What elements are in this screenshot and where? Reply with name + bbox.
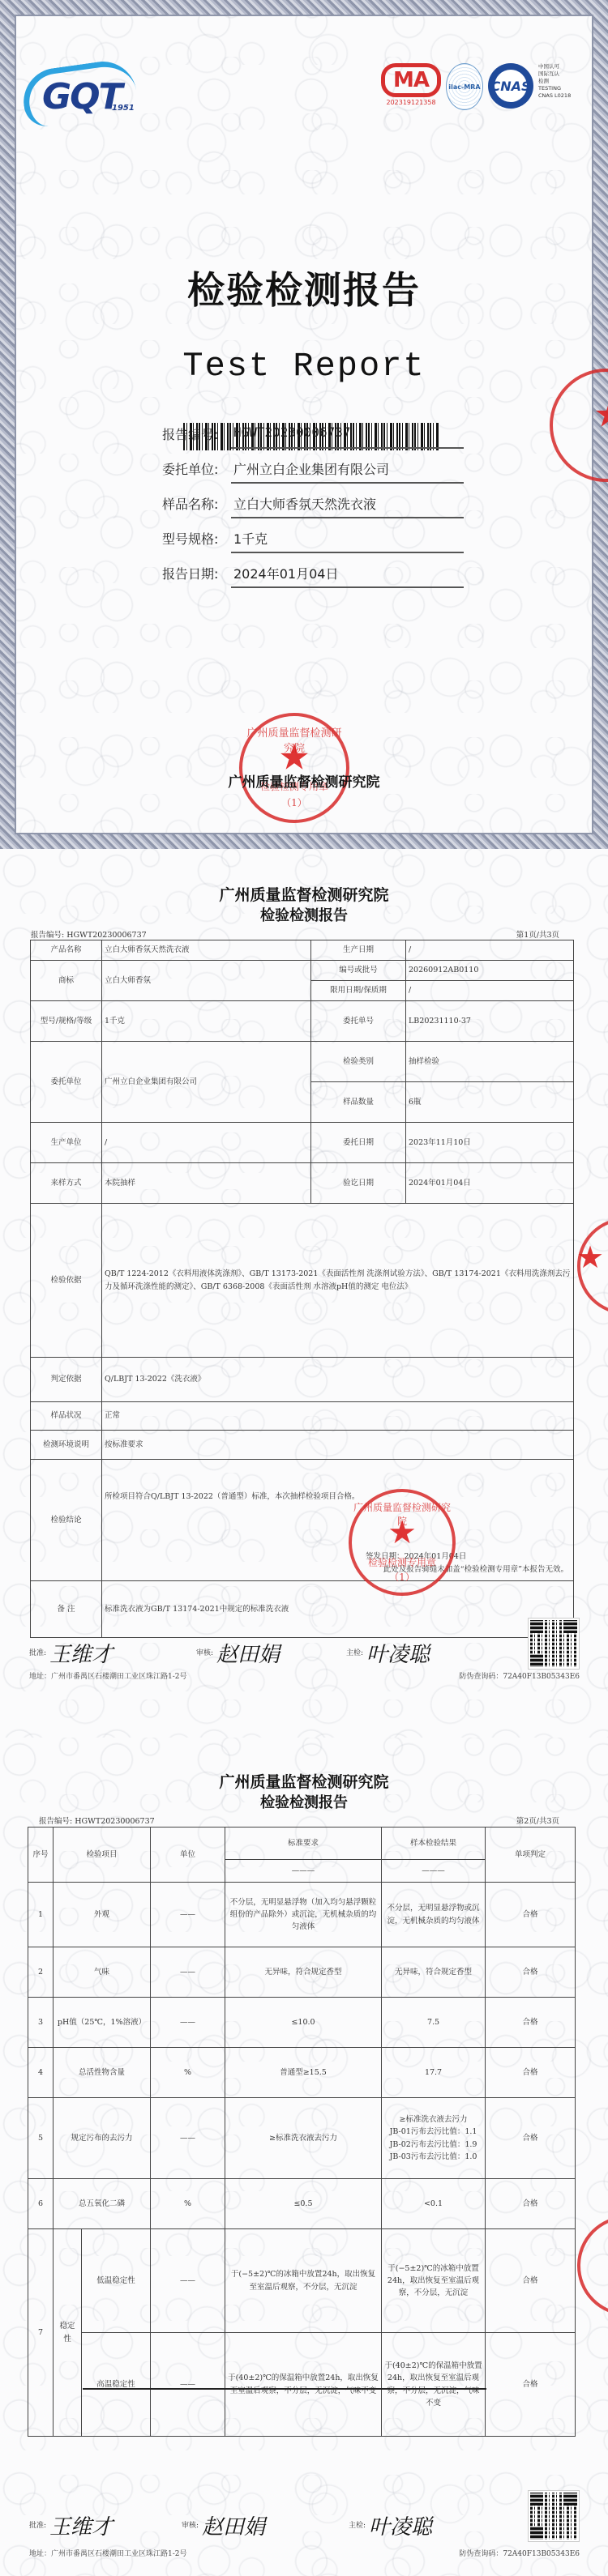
cell-group: 稳定性 bbox=[54, 2229, 82, 2437]
table-row: 5规定污布的去污力——≥标准洗衣液去污力≥标准洗衣液去污力 JB-01污布去污比… bbox=[28, 2098, 576, 2179]
table-row: 7稳定性低温稳定性——于(−5±2)℃的冰箱中放置24h，取出恢复至室温后观察，… bbox=[28, 2229, 576, 2333]
field-label: 报告编号: bbox=[162, 424, 218, 443]
cell-result: 7.5 bbox=[382, 1998, 486, 2048]
signature-row: 批准:王维才 审核:赵田娟 主检:叶凌聪 bbox=[28, 2499, 587, 2548]
logo-year: 1951 bbox=[112, 104, 135, 113]
label-cell: 委托单位 bbox=[31, 1042, 102, 1123]
review-sig: 赵田娟 bbox=[202, 2515, 265, 2540]
field-sample-name: 样品名称: 立白大师香氛天然洗衣液 bbox=[162, 494, 486, 530]
cell-seq: 4 bbox=[28, 2048, 54, 2098]
inspect-label: 主检: bbox=[349, 2522, 366, 2530]
approver-signature: 批准:王维才 bbox=[29, 1638, 113, 1668]
cell-seq: 2 bbox=[28, 1947, 54, 1998]
official-seal: 广州质量监督检测研究院 ★ 检验检测专用章 （1） bbox=[239, 713, 349, 823]
label-cell: 检验结论 bbox=[31, 1460, 102, 1581]
cell-item: 总五氧化二磷 bbox=[54, 2179, 151, 2229]
inspect-label: 主检: bbox=[346, 1649, 363, 1657]
reviewer-signature: 审核:赵田娟 bbox=[182, 2510, 265, 2540]
cell-item: 气味 bbox=[54, 1947, 151, 1998]
seam-seal: ★ bbox=[550, 369, 608, 490]
seal-number: （1） bbox=[242, 795, 346, 809]
label-cell: 产品名称 bbox=[31, 940, 102, 961]
value-cell: 本院抽样 bbox=[102, 1163, 311, 1204]
page-org-title: 广州质量监督检测研究院 bbox=[0, 1770, 608, 1792]
cell-item: 高温稳定性 bbox=[82, 2333, 151, 2437]
cell-verdict: 合格 bbox=[486, 2098, 576, 2179]
approver-signature: 批准:王维才 bbox=[29, 2510, 113, 2540]
value-cell: 20260912AB0110 bbox=[406, 961, 574, 981]
cell-seq: 7 bbox=[28, 2229, 54, 2437]
cell-result: 不分层，无明显悬浮物或沉淀，无机械杂质的均匀液体 bbox=[382, 1883, 486, 1947]
page-report-title: 检验检测报告 bbox=[0, 1791, 608, 1812]
cell-unit: % bbox=[151, 2048, 225, 2098]
value-cell: 立白大师香氛天然洗衣液 bbox=[102, 940, 311, 961]
value-cell: QB/T 1224-2012《衣料用液体洗涤剂》、GB/T 13173-2021… bbox=[102, 1204, 574, 1358]
cell-result: 于(40±2)℃的保温箱中放置24h，取出恢复至室温后观察，不分层，无沉淀，气味… bbox=[382, 2333, 486, 2437]
cell-verdict: 合格 bbox=[486, 2048, 576, 2098]
cell-result: 无异味，符合规定香型 bbox=[382, 1947, 486, 1998]
result-rows: 1外观——不分层，无明显悬浮物（加入均匀悬浮颗粒组份的产品除外）或沉淀，无机械杂… bbox=[28, 1883, 576, 2437]
cell-result: 17.7 bbox=[382, 2048, 486, 2098]
label-cell: 来样方式 bbox=[31, 1163, 102, 1204]
cell-standard: 于(40±2)℃的保温箱中放置24h，取出恢复至室温后观察，不分层，无沉淀，气味… bbox=[225, 2333, 382, 2437]
approve-label: 批准: bbox=[29, 1649, 46, 1657]
report-number: 报告编号: HGWT20230006737 bbox=[39, 1815, 155, 1826]
cnas-icon: CNAS bbox=[488, 63, 533, 109]
cell-verdict: 合格 bbox=[486, 1883, 576, 1947]
qr-code bbox=[529, 2491, 579, 2541]
field-label: 报告日期: bbox=[162, 564, 218, 582]
inspect-sig: 叶凌聪 bbox=[366, 1643, 430, 1667]
page-org-title: 广州质量监督检测研究院 bbox=[0, 883, 608, 905]
cma-mark: MA 202319121358 bbox=[381, 63, 441, 106]
value-cell: 6瓶 bbox=[406, 1082, 574, 1123]
cnas-caption: 中国认可 国际互认 检测 TESTING CNAS L0218 bbox=[538, 63, 571, 100]
star-icon: ★ bbox=[387, 1514, 417, 1551]
value-cell: Q/LBJT 13-2022《洗衣液》 bbox=[102, 1358, 574, 1402]
cell-seq: 1 bbox=[28, 1883, 54, 1947]
anti-fake-code: 防伪查询码：72A40F13B05343E6 bbox=[459, 2548, 580, 2558]
label-cell: 检验依据 bbox=[31, 1204, 102, 1358]
cell-verdict: 合格 bbox=[486, 2229, 576, 2333]
label-cell: 编号或批号 bbox=[311, 961, 406, 981]
inspector-signature: 主检:叶凌聪 bbox=[349, 2510, 432, 2540]
cell-unit: —— bbox=[151, 1947, 225, 1998]
address: 地址：广州市番禺区石楼潮田工业区珠江路1-2号 bbox=[29, 1670, 187, 1681]
field-label: 委托单位: bbox=[162, 459, 218, 478]
field-value: 广州立白企业集团有限公司 bbox=[233, 459, 389, 478]
cell-verdict: 合格 bbox=[486, 1947, 576, 1998]
address: 地址：广州市番禺区石楼潮田工业区珠江路1-2号 bbox=[29, 2548, 187, 2558]
official-seal: 广州质量监督检测研究院 ★ 检验检测专用章 （1） bbox=[349, 1489, 456, 1596]
cell-item: 低温稳定性 bbox=[82, 2229, 151, 2333]
table-row: 2气味——无异味，符合规定香型无异味，符合规定香型合格 bbox=[28, 1947, 576, 1998]
header-seq: 序号 bbox=[28, 1828, 54, 1883]
value-cell: / bbox=[102, 1123, 311, 1163]
cma-text: MA bbox=[393, 68, 429, 92]
cell-unit: —— bbox=[151, 2229, 225, 2333]
cell-standard: 无异味，符合规定香型 bbox=[225, 1947, 382, 1998]
label-cell: 限用日期/保质期 bbox=[311, 981, 406, 1001]
header-item: 检验项目 bbox=[54, 1828, 151, 1883]
value-cell: 抽样检验 bbox=[406, 1042, 574, 1082]
approve-sig: 王维才 bbox=[49, 1643, 113, 1667]
cell-item: 总活性物含量 bbox=[54, 2048, 151, 2098]
value-cell: LB20231110-37 bbox=[406, 1001, 574, 1042]
cell-verdict: 合格 bbox=[486, 2333, 576, 2437]
cell-verdict: 合格 bbox=[486, 1998, 576, 2048]
cell-standard: 不分层，无明显悬浮物（加入均匀悬浮颗粒组份的产品除外）或沉淀，无机械杂质的均匀液… bbox=[225, 1883, 382, 1947]
cell-unit: % bbox=[151, 2179, 225, 2229]
cell-result: <0.1 bbox=[382, 2179, 486, 2229]
cell-item: pH值（25℃，1%溶液） bbox=[54, 1998, 151, 2048]
cell-standard: 普通型≥15.5 bbox=[225, 2048, 382, 2098]
review-label: 审核: bbox=[182, 2522, 199, 2530]
cover-subtitle: Test Report bbox=[0, 347, 608, 386]
value-cell: 1千克 bbox=[102, 1001, 311, 1042]
label-cell: 委托单号 bbox=[311, 1001, 406, 1042]
table-row: 6总五氧化二磷%≤0.5<0.1合格 bbox=[28, 2179, 576, 2229]
label-cell: 生产日期 bbox=[311, 940, 406, 961]
label-cell: 商标 bbox=[31, 961, 102, 1001]
inspector-signature: 主检:叶凌聪 bbox=[346, 1638, 430, 1668]
cnas-text: CNAS bbox=[490, 79, 530, 94]
field-value: HGWT20230006737 bbox=[233, 424, 351, 440]
cell-item: 规定污布的去污力 bbox=[54, 2098, 151, 2179]
field-client: 委托单位: 广州立白企业集团有限公司 bbox=[162, 459, 486, 495]
cell-unit: —— bbox=[151, 2098, 225, 2179]
report-page-1: 广州质量监督检测研究院 检验检测报告 报告编号: HGWT20230006737… bbox=[0, 849, 608, 1738]
report-page-2: 广州质量监督检测研究院 检验检测报告 报告编号: HGWT20230006737… bbox=[0, 1738, 608, 2576]
star-icon: ★ bbox=[593, 394, 608, 435]
cell-standard: 于(−5±2)℃的冰箱中放置24h，取出恢复至室温后观察，不分层，无沉淀 bbox=[225, 2229, 382, 2333]
label-cell: 生产单位 bbox=[31, 1123, 102, 1163]
value-cell: 2024年01月04日 bbox=[406, 1163, 574, 1204]
seam-seal bbox=[577, 2216, 608, 2321]
cell-unit: —— bbox=[151, 2333, 225, 2437]
header-unit: 单位 bbox=[151, 1828, 225, 1883]
cover-title: 检验检测报告 bbox=[0, 261, 608, 314]
value-cell: / bbox=[406, 981, 574, 1001]
label-cell: 检验类别 bbox=[311, 1042, 406, 1082]
cover-page: GQT 1951 MA 202319121358 ilac-MRA CNAS 中… bbox=[0, 0, 608, 849]
value-cell: / bbox=[406, 940, 574, 961]
cell-result: ≥标准洗衣液去污力 JB-01污布去污比值：1.1 JB-02污布去污比值：1.… bbox=[382, 2098, 486, 2179]
table-row: 1外观——不分层，无明显悬浮物（加入均匀悬浮颗粒组份的产品除外）或沉淀，无机械杂… bbox=[28, 1883, 576, 1947]
seam-seal: ★ bbox=[577, 1218, 608, 1315]
header-standard-sub: ——— bbox=[225, 1860, 382, 1883]
inspect-sig: 叶凌聪 bbox=[369, 2515, 432, 2540]
header-result: 样本检验结果 bbox=[382, 1828, 486, 1860]
table-row: 3pH值（25℃，1%溶液）——≤10.07.5合格 bbox=[28, 1998, 576, 2048]
cover-organization: 广州质量监督检测研究院 bbox=[0, 770, 608, 791]
ilac-mra-icon: ilac-MRA bbox=[446, 63, 483, 110]
report-number-value: HGWT20230006737 bbox=[75, 1817, 154, 1826]
sample-info-table: 产品名称 立白大师香氛天然洗衣液 生产日期 / 商标 立白大师香氛 编号或批号 … bbox=[30, 940, 574, 1638]
report-number: 报告编号: HGWT20230006737 bbox=[31, 928, 147, 940]
underline bbox=[231, 552, 464, 553]
table-row: 高温稳定性——于(40±2)℃的保温箱中放置24h，取出恢复至室温后观察，不分层… bbox=[28, 2333, 576, 2437]
header-verdict: 单项判定 bbox=[486, 1828, 576, 1883]
test-results-table: 序号 检验项目 单位 标准要求 样本检验结果 单项判定 ——— ——— 1外观—… bbox=[28, 1827, 576, 2437]
header-result-sub: ——— bbox=[382, 1860, 486, 1883]
conclusion-cell: 所检项目符合Q/LBJT 13-2022（普通型）标准，本次抽样检验项目合格。 … bbox=[102, 1460, 574, 1581]
seam-seal-circle: ★ bbox=[577, 1218, 608, 1315]
underline bbox=[231, 482, 464, 484]
value-cell: 正常 bbox=[102, 1402, 574, 1431]
logo-text: GQT bbox=[42, 76, 122, 117]
label-cell: 委托日期 bbox=[311, 1123, 406, 1163]
value-cell: 按标准要求 bbox=[102, 1431, 574, 1460]
cell-standard: ≥标准洗衣液去污力 bbox=[225, 2098, 382, 2179]
certification-marks: MA 202319121358 ilac-MRA CNAS 中国认可 国际互认 … bbox=[381, 63, 571, 110]
underline bbox=[231, 586, 464, 588]
field-report-no: 报告编号: HGWT20230006737 bbox=[162, 424, 486, 460]
value-cell: 立白大师香氛 bbox=[102, 961, 311, 1001]
cell-standard: ≤10.0 bbox=[225, 1998, 382, 2048]
report-number-value: HGWT20230006737 bbox=[66, 931, 146, 940]
gqt-logo: GQT 1951 bbox=[23, 65, 140, 122]
page-indicator: 第1页/共3页 bbox=[516, 928, 559, 940]
underline bbox=[231, 517, 464, 518]
value-cell: 2023年11月10日 bbox=[406, 1123, 574, 1163]
cell-unit: —— bbox=[151, 1883, 225, 1947]
cell-seq: 5 bbox=[28, 2098, 54, 2179]
cell-verdict: 合格 bbox=[486, 2179, 576, 2229]
seal-sub-text: 检验检测专用章 bbox=[352, 1555, 452, 1569]
cma-icon: MA bbox=[381, 63, 441, 97]
cell-item: 外观 bbox=[54, 1883, 151, 1947]
label-cell: 验讫日期 bbox=[311, 1163, 406, 1204]
review-sig: 赵田娟 bbox=[216, 1643, 280, 1667]
signature-row: 批准:王维才 审核:赵田娟 主检:叶凌聪 bbox=[28, 1627, 587, 1675]
report-number-label: 报告编号: bbox=[31, 931, 64, 940]
anti-fake-code: 防伪查询码：72A40F13B05343E6 bbox=[459, 1670, 580, 1681]
ilac-text: ilac-MRA bbox=[448, 83, 480, 91]
table-row: 4总活性物含量%普通型≥15.517.7合格 bbox=[28, 2048, 576, 2098]
underline bbox=[231, 447, 464, 449]
report-number-label: 报告编号: bbox=[39, 1817, 72, 1826]
field-report-date: 报告日期: 2024年01月04日 bbox=[162, 564, 486, 599]
reviewer-signature: 审核:赵田娟 bbox=[196, 1638, 280, 1668]
label-cell: 判定依据 bbox=[31, 1358, 102, 1402]
cma-number: 202319121358 bbox=[386, 99, 435, 106]
label-cell: 样品状况 bbox=[31, 1402, 102, 1431]
cell-result: 于(−5±2)℃的冰箱中放置24h，取出恢复至室温后观察，不分层，无沉淀 bbox=[382, 2229, 486, 2333]
approve-sig: 王维才 bbox=[49, 2515, 113, 2540]
cell-seq: 6 bbox=[28, 2179, 54, 2229]
review-label: 审核: bbox=[196, 1649, 213, 1657]
seam-seal-circle: ★ bbox=[550, 369, 608, 482]
field-label: 样品名称: bbox=[162, 494, 218, 513]
field-value: 1千克 bbox=[233, 529, 268, 548]
field-value: 2024年01月04日 bbox=[233, 564, 338, 582]
star-icon: ★ bbox=[577, 1239, 604, 1275]
seam-seal-circle bbox=[577, 2216, 608, 2316]
cell-seq: 3 bbox=[28, 1998, 54, 2048]
header-standard: 标准要求 bbox=[225, 1828, 382, 1860]
table-end-line bbox=[83, 2388, 486, 2390]
value-cell: 广州立白企业集团有限公司 bbox=[102, 1042, 311, 1123]
seal-number: （1） bbox=[352, 1570, 452, 1584]
approve-label: 批准: bbox=[29, 2522, 46, 2530]
label-cell: 型号/规格/等级 bbox=[31, 1001, 102, 1042]
conclusion-text: 所检项目符合Q/LBJT 13-2022（普通型）标准，本次抽样检验项目合格。 bbox=[105, 1491, 571, 1503]
cell-unit: —— bbox=[151, 1998, 225, 2048]
page-report-title: 检验检测报告 bbox=[0, 904, 608, 925]
cell-standard: ≤0.5 bbox=[225, 2179, 382, 2229]
label-cell: 样品数量 bbox=[311, 1082, 406, 1123]
field-model: 型号规格: 1千克 bbox=[162, 529, 486, 565]
page-indicator: 第2页/共3页 bbox=[516, 1815, 559, 1826]
qr-code bbox=[529, 1619, 579, 1669]
field-label: 型号规格: bbox=[162, 529, 218, 548]
label-cell: 检测环境说明 bbox=[31, 1431, 102, 1460]
field-value: 立白大师香氛天然洗衣液 bbox=[233, 494, 376, 513]
